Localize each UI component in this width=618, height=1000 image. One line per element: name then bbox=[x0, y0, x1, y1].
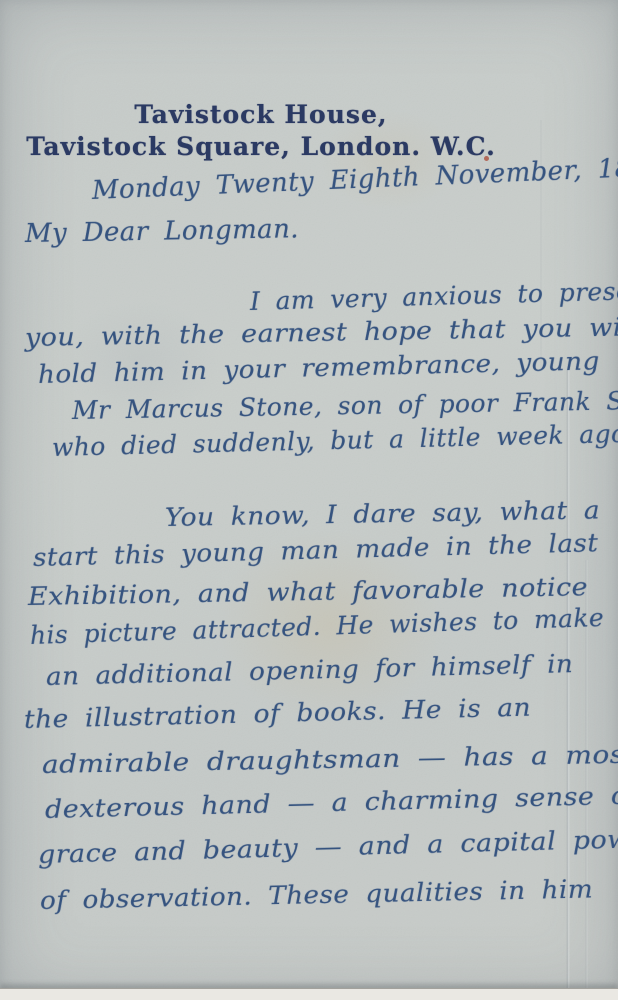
letterhead: Tavistock House, Tavistock Square, Londo… bbox=[0, 99, 522, 163]
letterhead-line1: Tavistock House, bbox=[0, 99, 522, 131]
body-line: dexterous hand — a charming sense of bbox=[45, 781, 618, 824]
body-line: the illustration of books. He is an bbox=[24, 693, 532, 734]
body-line: hold him in your remembrance, young bbox=[38, 346, 600, 389]
body-line: start this young man made in the last bbox=[33, 528, 599, 572]
paper-crease bbox=[566, 370, 570, 1000]
body-line: who died suddenly, but a little week ago… bbox=[52, 419, 618, 462]
body-line: an additional opening for himself in bbox=[46, 649, 574, 691]
body-line: I am very anxious to present bbox=[250, 276, 618, 316]
body-line: you, with the earnest hope that you will bbox=[25, 312, 618, 352]
salutation: My Dear Longman. bbox=[25, 214, 299, 249]
body-line: admirable draughtsman — has a most bbox=[42, 740, 618, 779]
body-line: of observation. These qualities in him bbox=[40, 874, 594, 915]
body-line: Mr Marcus Stone, son of poor Frank Stone bbox=[72, 385, 618, 425]
body-line: his picture attracted. He wishes to make bbox=[30, 603, 605, 650]
body-line: You know, I dare say, what a bbox=[165, 495, 600, 532]
body-line: grace and beauty — and a capital power bbox=[38, 824, 618, 869]
paper-bottom-edge bbox=[0, 988, 618, 1000]
letter-page: Tavistock House, Tavistock Square, Londo… bbox=[0, 0, 618, 1000]
letterhead-line2: Tavistock Square, London. W.C. bbox=[0, 131, 522, 163]
